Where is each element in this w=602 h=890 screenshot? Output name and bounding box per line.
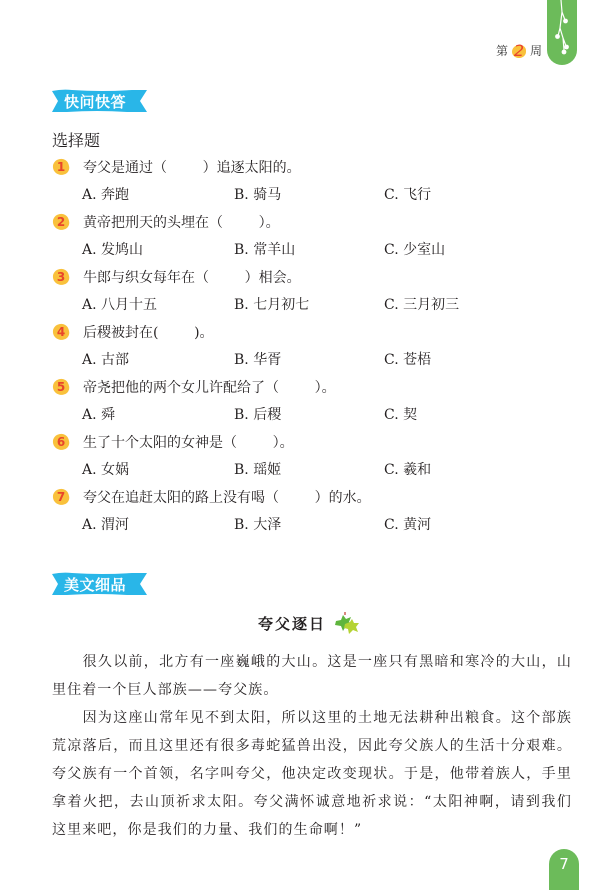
question-1: 1 夸父是通过（ ）追逐太阳的。 [52,157,301,177]
question-text: 牛郎与织女每年在（ ）相会。 [83,267,301,287]
banner-label: 美文细品 [52,574,126,595]
question-text: 后稷被封在( )。 [83,322,214,342]
question-6: 6 生了十个太阳的女神是（ ）。 [52,432,294,452]
page-number: 7 [549,855,579,873]
article-title: 夸父逐日 [258,613,326,634]
question-text: 夸父是通过（ ）追逐太阳的。 [83,157,301,177]
question-3: 3 牛郎与织女每年在（ ）相会。 [52,267,301,287]
question-number-badge: 6 [52,433,70,451]
question-5: 5 帝尧把他的两个女儿许配给了（ ）。 [52,377,336,397]
article-paragraph-1: 很久以前，北方有一座巍峨的大山。这是一座只有黑暗和寒冷的大山，山里住着一个巨人部… [52,648,572,704]
question-number-badge: 1 [52,158,70,176]
option-a: A. 古部 [82,349,129,369]
option-a: A. 舜 [82,404,115,424]
option-a: A. 渭河 [82,514,129,534]
option-a: A. 发鸠山 [82,239,143,259]
option-a: A. 女娲 [82,459,129,479]
week-suffix: 周 [530,42,542,59]
option-b: B. 骑马 [234,184,281,204]
question-number-badge: 3 [52,268,70,286]
option-c: C. 羲和 [384,459,431,479]
question-number-badge: 2 [52,213,70,231]
article-paragraph-2: 因为这座山常年见不到太阳，所以这里的土地无法耕种出粮食。这个部族荒凉落后，而且这… [52,704,572,844]
week-number-badge: 2 [511,43,527,59]
option-c: C. 黄河 [384,514,431,534]
option-c: C. 少室山 [384,239,445,259]
question-2: 2 黄帝把刑天的头埋在（ ）。 [52,212,280,232]
week-prefix: 第 [496,42,508,59]
week-tab [547,0,577,65]
option-b: B. 常羊山 [234,239,295,259]
question-4: 4 后稷被封在( )。 [52,322,214,342]
section-banner-reading: 美文细品 [52,572,147,596]
option-a: A. 八月十五 [82,294,157,314]
question-text: 夸父在追赶太阳的路上没有喝（ ）的水。 [83,487,371,507]
question-number-badge: 4 [52,323,70,341]
option-c: C. 三月初三 [384,294,459,314]
question-7: 7 夸父在追赶太阳的路上没有喝（ ）的水。 [52,487,371,507]
option-c: C. 飞行 [384,184,431,204]
question-number-badge: 5 [52,378,70,396]
subheading-multiple-choice: 选择题 [52,128,100,151]
option-b: B. 七月初七 [234,294,309,314]
option-b: B. 华胥 [234,349,281,369]
option-b: B. 后稷 [234,404,281,424]
option-b: B. 瑶姬 [234,459,281,479]
question-text: 生了十个太阳的女神是（ ）。 [83,432,294,452]
option-c: C. 苍梧 [384,349,431,369]
question-number-badge: 7 [52,488,70,506]
banner-label: 快问快答 [52,91,126,112]
page-number-tab: 7 [549,849,579,890]
branch-icon [547,0,577,65]
leaf-icon [333,612,361,636]
week-indicator: 第 2 周 [496,42,542,59]
question-text: 黄帝把刑天的头埋在（ ）。 [83,212,280,232]
week-number: 2 [511,41,527,60]
option-c: C. 契 [384,404,417,424]
option-a: A. 奔跑 [82,184,129,204]
section-banner-quick-qa: 快问快答 [52,89,147,113]
option-b: B. 大泽 [234,514,281,534]
question-text: 帝尧把他的两个女儿许配给了（ ）。 [83,377,336,397]
